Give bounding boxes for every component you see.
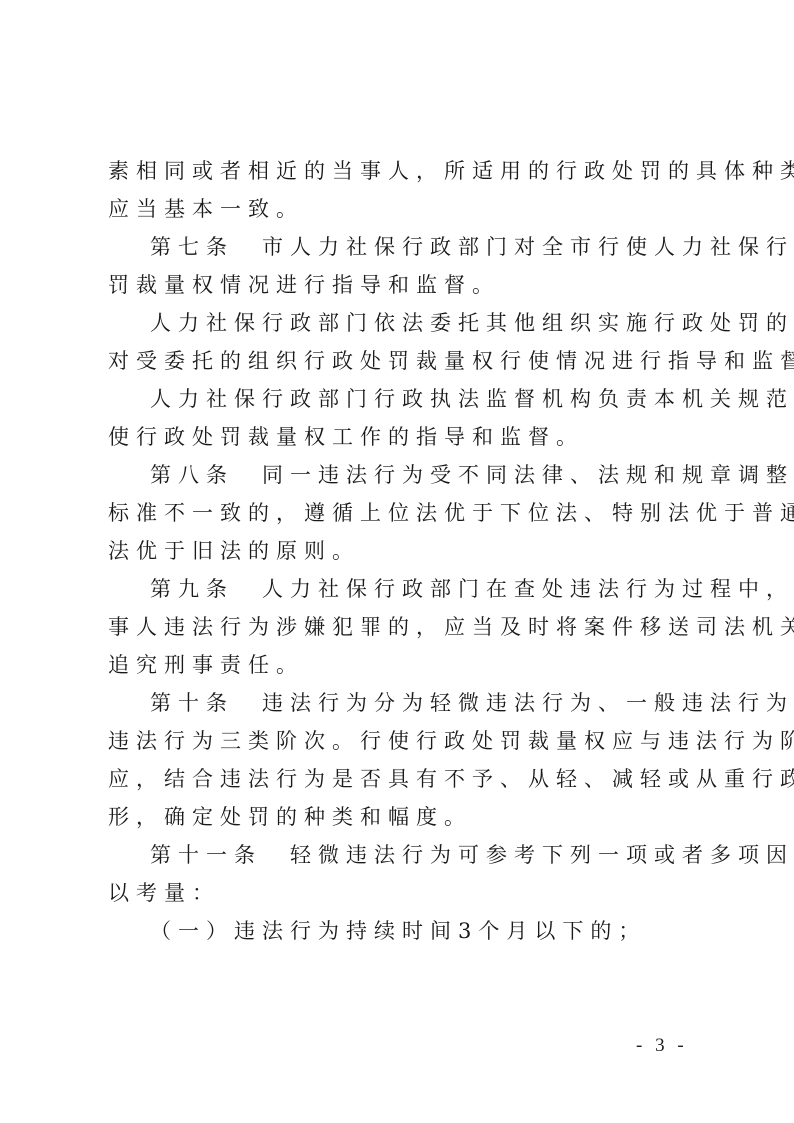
paragraph-line: 以考量：: [108, 879, 700, 907]
article-8-heading-line: 第八条 同一违法行为受不同法律、法规和规章调整且处罚: [150, 461, 700, 489]
paragraph-line: 对受委托的组织行政处罚裁量权行使情况进行指导和监督。: [108, 347, 700, 375]
article-11-heading-line: 第十一条 轻微违法行为可参考下列一项或者多项因素予: [150, 841, 700, 869]
article-9-heading-line: 第九条 人力社保行政部门在查处违法行为过程中，发现当: [150, 575, 700, 603]
document-page: 素相同或者相近的当事人，所适用的行政处罚的具体种类和幅度 应当基本一致。 第七条…: [0, 0, 794, 1123]
page-number: - 3 -: [636, 1034, 688, 1058]
paragraph-line: 使行政处罚裁量权工作的指导和监督。: [108, 423, 700, 451]
paragraph-line: 违法行为三类阶次。行使行政处罚裁量权应与违法行为阶次相对: [108, 727, 700, 755]
paragraph-line: 应，结合违法行为是否具有不予、从轻、减轻或从重行政处罚情: [108, 765, 700, 793]
paragraph-line: 事人违法行为涉嫌犯罪的，应当及时将案件移送司法机关，依法: [108, 613, 700, 641]
paragraph-line: 素相同或者相近的当事人，所适用的行政处罚的具体种类和幅度: [108, 157, 700, 185]
list-item-line: （一）违法行为持续时间3个月以下的；: [150, 917, 700, 945]
paragraph-line: 人力社保行政部门行政执法监督机构负责本机关规范和行: [150, 385, 700, 413]
paragraph-line: 形，确定处罚的种类和幅度。: [108, 803, 700, 831]
article-10-heading-line: 第十条 违法行为分为轻微违法行为、一般违法行为、严重: [150, 689, 700, 717]
paragraph-line: 标准不一致的，遵循上位法优于下位法、特别法优于普通法、新: [108, 499, 700, 527]
paragraph-line: 应当基本一致。: [108, 195, 700, 223]
paragraph-line: 追究刑事责任。: [108, 651, 700, 679]
paragraph-line: 法优于旧法的原则。: [108, 537, 700, 565]
paragraph-line: 罚裁量权情况进行指导和监督。: [108, 271, 700, 299]
article-7-heading-line: 第七条 市人力社保行政部门对全市行使人力社保行政处: [150, 233, 700, 261]
paragraph-line: 人力社保行政部门依法委托其他组织实施行政处罚的，应当: [150, 309, 700, 337]
